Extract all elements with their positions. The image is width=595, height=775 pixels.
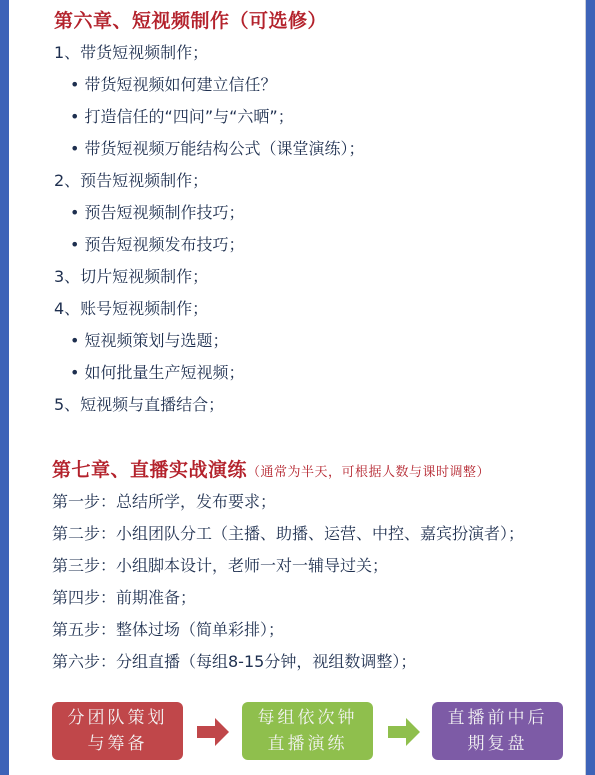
flow-box-review-line1: 直播前中后 (448, 705, 548, 731)
ch7-step-2: 第二步：小组团队分工（主播、助播、运营、中控、嘉宾扮演者）； (52, 521, 524, 544)
flow-box-rehearsal: 每组依次钟 直播演练 (242, 702, 373, 760)
ch6-item-2: 2、预告短视频制作； (54, 168, 208, 191)
flow-box-plan-line1: 分团队策划 (68, 705, 168, 731)
flow-box-rehearsal-line2: 直播演练 (258, 731, 358, 757)
ch6-item-3: 3、切片短视频制作； (54, 264, 208, 287)
ch6-subitem-1-3: 带货短视频万能结构公式（课堂演练）； (70, 136, 365, 159)
ch6-item-5: 5、短视频与直播结合； (54, 392, 224, 415)
ch7-step-5: 第五步：整体过场（简单彩排）； (52, 617, 284, 640)
flow-box-plan-line2: 与筹备 (68, 731, 168, 757)
flow-box-review: 直播前中后 期复盘 (432, 702, 563, 760)
ch7-step-4: 第四步：前期准备； (52, 585, 196, 608)
ch6-subitem-4-1: 短视频策划与选题； (70, 328, 229, 351)
chapter7-note: （通常为半天，可根据人数与课时调整） (247, 465, 490, 480)
ch6-subitem-2-2: 预告短视频发布技巧； (70, 232, 245, 255)
chapter7-title: 第七章、直播实战演练（通常为半天，可根据人数与课时调整） (52, 455, 490, 482)
ch6-subitem-1-2: 打造信任的“四问”与“六晒”； (70, 104, 294, 127)
chapter7-title-text: 第七章、直播实战演练 (52, 459, 247, 481)
arrow-right-icon (388, 718, 420, 746)
arrow-right-icon (197, 718, 229, 746)
ch6-item-1: 1、带货短视频制作； (54, 40, 208, 63)
ch6-item-4: 4、账号短视频制作； (54, 296, 208, 319)
chapter6-title: 第六章、短视频制作（可选修） (54, 6, 327, 33)
ch6-subitem-4-2: 如何批量生产短视频； (70, 360, 245, 383)
ch7-step-1: 第一步：总结所学，发布要求； (52, 489, 276, 512)
ch6-subitem-2-1: 预告短视频制作技巧； (70, 200, 245, 223)
flow-box-rehearsal-line1: 每组依次钟 (258, 705, 358, 731)
ch6-subitem-1-1: 带货短视频如何建立信任？ (70, 72, 277, 95)
flow-box-plan: 分团队策划 与筹备 (52, 702, 183, 760)
ch7-step-3: 第三步：小组脚本设计，老师一对一辅导过关； (52, 553, 388, 576)
flow-box-review-line2: 期复盘 (448, 731, 548, 757)
ch7-step-6: 第六步：分组直播（每组8-15分钟，视组数调整）； (52, 649, 416, 672)
document-page: 第六章、短视频制作（可选修） 1、带货短视频制作； 带货短视频如何建立信任？ 打… (9, 0, 586, 775)
